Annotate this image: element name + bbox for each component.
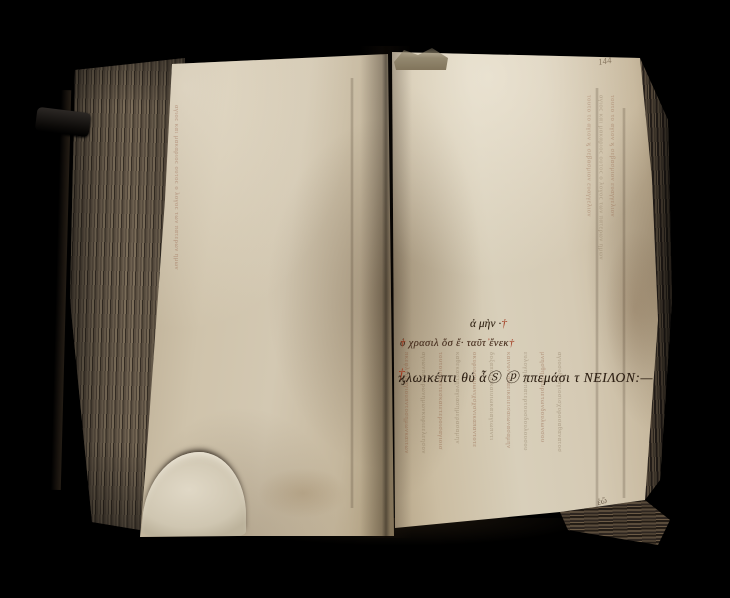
clasp-pin [35, 107, 92, 137]
amen-line: ἀ μὴν ·† [470, 318, 501, 330]
offset-text-column: τουτο το αγιον ϗ σεβασμιον ευαγγελιον [609, 95, 616, 485]
colophon-title-line: † ϗλωικέπτι θύ ἇⓈ ⓟ ππεμάσι τ ΝΕΙΛΟΝ:— [398, 366, 653, 386]
manuscript-photo: αγιοϲ και μακαριοϲ ουτοϲ ο λογοϲ των πατ… [0, 0, 730, 598]
left-board-edge [51, 90, 71, 490]
left-page-stain [258, 468, 348, 518]
rubric-line: † ὁ χρασιλ ὅσ ἔ· ταῦτ᾽ ἔνεκ † [400, 338, 509, 349]
left-margin-offset-text: αγιοϲ και μακαριοϲ ουτοϲ ο λογοϲ των πατ… [172, 105, 185, 365]
left-page-crease [350, 78, 354, 508]
offset-text-column: αγιοϲ και μακαριοϲ ουτοϲ ο λογοϲ των πατ… [172, 105, 180, 365]
